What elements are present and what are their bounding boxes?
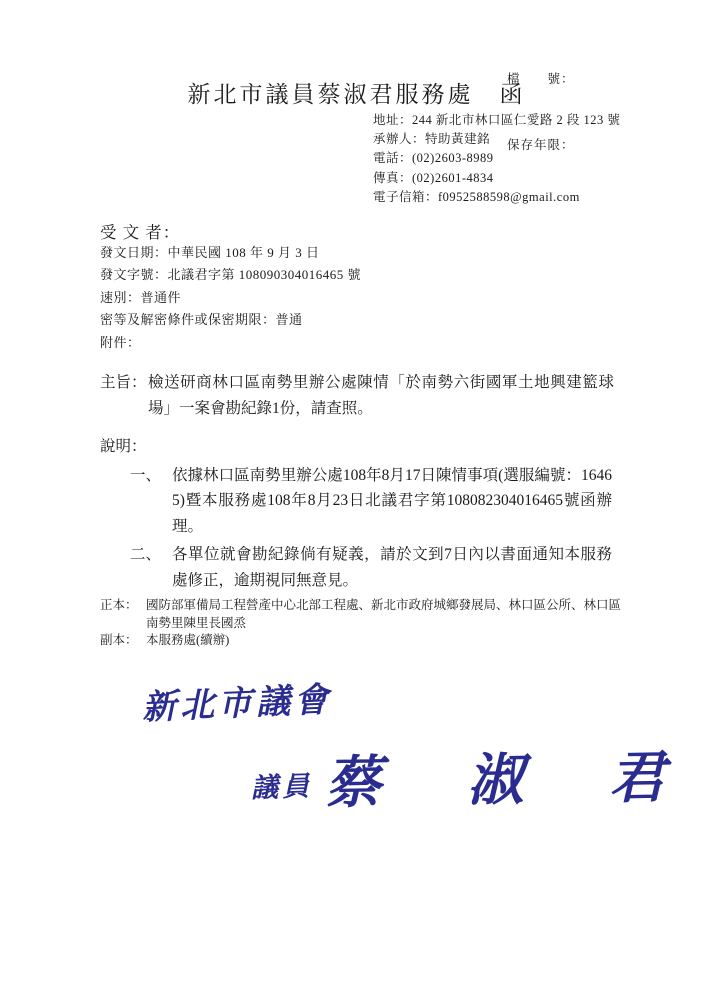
original-recipients-text: 國防部軍備局工程營產中心北部工程處、新北市政府城鄉發展局、林口區公所、林口區南勢… [146,597,624,632]
attachment-field: 附件： [100,332,361,354]
delivery-speed: 速別：普通件 [100,287,361,309]
contact-address: 地址：244 新北市林口區仁愛路 2 段 123 號 [373,111,620,130]
distribution-section: 正本： 國防部軍備局工程營產中心北部工程處、新北市政府城鄉發展局、林口區公所、林… [100,597,624,650]
subject-label: 主旨： [100,370,148,421]
official-letter-page: 檔 號： 保存年限： 新北市議員蔡淑君服務處 函 地址：244 新北市林口區仁愛… [0,0,707,1000]
original-recipients-label: 正本： [100,597,146,632]
description-item-2-number: 二、 [130,542,172,593]
contact-block: 地址：244 新北市林口區仁愛路 2 段 123 號 承辦人：特助黃建銘 電話：… [373,111,620,207]
original-recipients-row: 正本： 國防部軍備局工程營產中心北部工程處、新北市政府城鄉發展局、林口區公所、林… [100,597,624,632]
description-item-1: 一、 依據林口區南勢里辦公處108年8月17日陳情事項(選服編號：16465)暨… [130,463,612,540]
copy-recipients-label: 副本： [100,632,146,650]
description-item-1-text: 依據林口區南勢里辦公處108年8月17日陳情事項(選服編號：16465)暨本服務… [172,463,612,540]
contact-fax: 傳真：(02)2601-4834 [373,169,620,188]
letterhead-title: 新北市議員蔡淑君服務處 函 [0,76,707,109]
subject-text: 檢送研商林口區南勢里辦公處陳情「於南勢六街國軍土地興建籃球場」一案會勘紀錄1份，… [148,370,614,421]
document-fields-block: 發文日期：中華民國 108 年 9 月 3 日 發文字號：北議君字第 10809… [100,242,361,354]
description-item-1-number: 一、 [130,463,172,540]
councilor-name-signature: 蔡 淑 君 [324,733,701,820]
councilor-role-stamp: 議員 [250,764,313,805]
copy-recipients-row: 副本： 本服務處(續辦) [100,632,624,650]
security-classification: 密等及解密條件或保密期限：普通 [100,309,361,331]
council-stamp: 新北市議會 [141,672,333,729]
subject-section: 主旨： 檢送研商林口區南勢里辦公處陳情「於南勢六街國軍土地興建籃球場」一案會勘紀… [100,370,614,421]
issue-date: 發文日期：中華民國 108 年 9 月 3 日 [100,242,361,264]
description-section: 說明： 一、 依據林口區南勢里辦公處108年8月17日陳情事項(選服編號：164… [100,434,612,593]
recipient-label: 受 文 者： [100,219,180,243]
issue-number: 發文字號：北議君字第 108090304016465 號 [100,264,361,286]
contact-phone: 電話：(02)2603-8989 [373,149,620,168]
copy-recipients-text: 本服務處(續辦) [146,632,624,650]
description-item-2: 二、 各單位就會勘紀錄倘有疑義，請於文到7日內以書面通知本服務處修正，逾期視同無… [130,542,612,593]
description-label: 說明： [100,434,612,460]
contact-person: 承辦人：特助黃建銘 [373,130,620,149]
contact-email: 電子信箱：f0952588598@gmail.com [373,188,620,207]
description-item-2-text: 各單位就會勘紀錄倘有疑義，請於文到7日內以書面通知本服務處修正，逾期視同無意見。 [172,542,612,593]
